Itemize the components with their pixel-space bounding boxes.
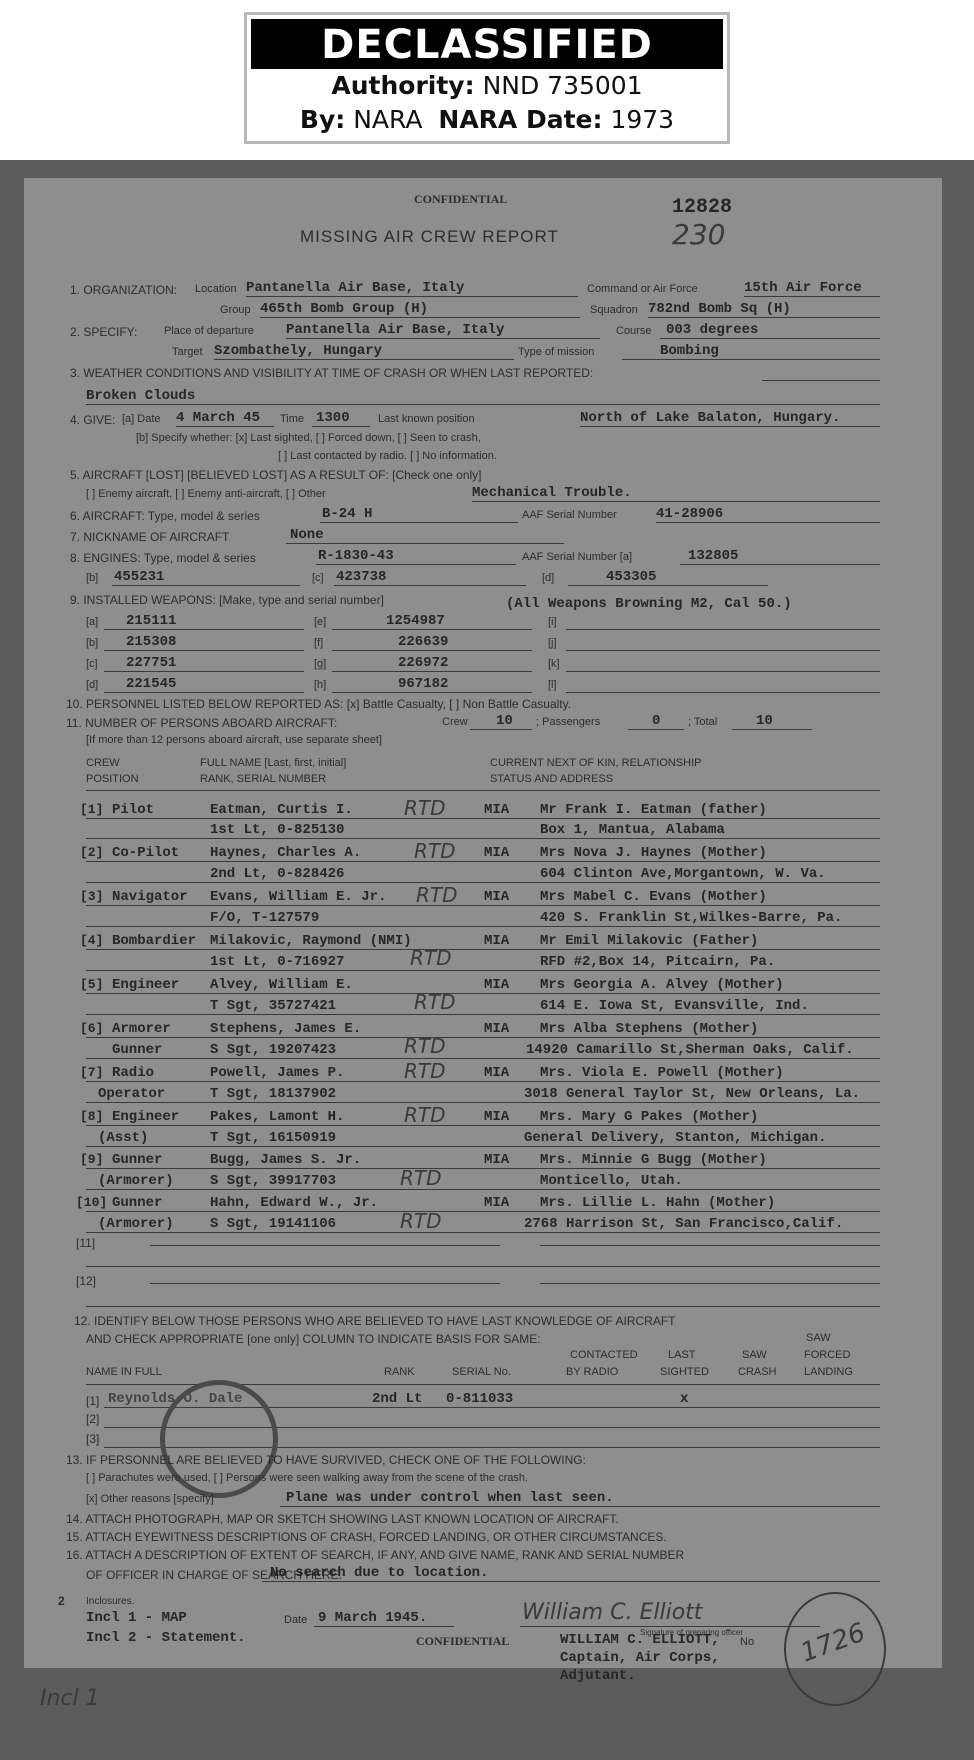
s13-other: Plane was under control when last seen. xyxy=(286,1490,614,1506)
crew-name: Alvey, William E. xyxy=(210,977,353,993)
stamp-title: DECLASSIFIED xyxy=(251,19,723,69)
crew-kin: Mr Emil Milakovic (Father) xyxy=(540,933,758,949)
crew-address: Monticello, Utah. xyxy=(540,1173,683,1189)
crew-num: [5] xyxy=(80,977,103,992)
crew-status: MIA xyxy=(484,933,509,949)
crew-num: [9] xyxy=(80,1152,103,1167)
crew-rtd-note: RTD xyxy=(414,839,456,863)
s8-engine-d: 453305 xyxy=(606,569,656,585)
crew-position-2: (Armorer) xyxy=(98,1216,174,1232)
s5-label: 5. AIRCRAFT [LOST] [BELIEVED LOST] AS A … xyxy=(70,468,482,482)
s4-time-label: Time xyxy=(280,413,304,425)
s2-mission: Bombing xyxy=(660,343,719,359)
crew-position: Engineer xyxy=(112,977,179,993)
weapon-key: [h] xyxy=(314,679,326,691)
crew-rank: T Sgt, 16150919 xyxy=(210,1130,336,1146)
weapon-serial: 1254987 xyxy=(386,613,445,629)
weapon-key: [d] xyxy=(86,679,98,691)
classification-top: CONFIDENTIAL xyxy=(414,192,507,207)
s11-total: 10 xyxy=(756,713,773,729)
s2-course-label: Course xyxy=(616,325,651,337)
s1-label: 1. ORGANIZATION: xyxy=(70,283,177,297)
crew-num: [2] xyxy=(80,845,103,860)
crew-rtd-note: RTD xyxy=(400,1209,442,1233)
handwritten-number: 230 xyxy=(672,218,725,251)
crew-position-2: Operator xyxy=(98,1086,165,1102)
crew-num: [7] xyxy=(80,1065,103,1080)
crew-name: Evans, William E. Jr. xyxy=(210,889,386,905)
s8-c-label: [c] xyxy=(312,572,324,584)
signed-date-label: Date xyxy=(284,1614,307,1626)
crew-name: Stephens, James E. xyxy=(210,1021,361,1037)
s2-target-label: Target xyxy=(172,346,203,358)
crew-position: Co-Pilot xyxy=(112,845,179,861)
s6-label: 6. AIRCRAFT: Type, model & series xyxy=(70,509,260,523)
s5-options: [ ] Enemy aircraft, [ ] Enemy anti-aircr… xyxy=(86,488,326,500)
crew-header-status: STATUS AND ADDRESS xyxy=(490,773,613,785)
crew-rank: 1st Lt, 0-825130 xyxy=(210,822,344,838)
crew-rank: F/O, T-127579 xyxy=(210,910,319,926)
kt-header-serial: SERIAL No. xyxy=(452,1366,511,1378)
crew-kin: Mrs Georgia A. Alvey (Mother) xyxy=(540,977,784,993)
crew-num: [12] xyxy=(76,1274,96,1288)
crew-position: Bombardier xyxy=(112,933,196,949)
crew-status: MIA xyxy=(484,889,509,905)
s11-passengers-label: ; Passengers xyxy=(536,716,600,728)
enclosure-2: Incl 2 - Statement. xyxy=(86,1630,246,1646)
s2-mission-label: Type of mission xyxy=(518,346,594,358)
crew-rtd-note: RTD xyxy=(404,1059,446,1083)
weapon-key: [j] xyxy=(548,637,557,649)
crew-position-2: (Asst) xyxy=(98,1130,148,1146)
enclosure-1: Incl 1 - MAP xyxy=(86,1610,187,1626)
kt-header-contacted: CONTACTED xyxy=(570,1349,638,1361)
margin-note: Incl 1 xyxy=(40,1686,100,1711)
kt-num: [3] xyxy=(86,1432,99,1446)
stamp-authority: Authority: NND 735001 xyxy=(247,69,727,103)
crew-position: Pilot xyxy=(112,802,154,818)
crew-name: Powell, James P. xyxy=(210,1065,344,1081)
crew-header-position: CREW xyxy=(86,757,120,769)
kt-header-crash: CRASH xyxy=(738,1366,777,1378)
crew-address: 614 E. Iowa St, Evansville, Ind. xyxy=(540,998,809,1014)
s8-type: R-1830-43 xyxy=(318,548,394,564)
crew-position: Gunner xyxy=(112,1195,162,1211)
crew-header-name: FULL NAME [Last, first, initial] xyxy=(200,757,346,769)
weapon-key: [b] xyxy=(86,637,98,649)
crew-status: MIA xyxy=(484,1152,509,1168)
weapon-key: [i] xyxy=(548,616,557,628)
s2-course: 003 degrees xyxy=(666,322,758,338)
kt-header-name: NAME IN FULL xyxy=(86,1366,162,1378)
crew-status: MIA xyxy=(484,1109,509,1125)
kt-header-saw: SAW xyxy=(806,1332,831,1344)
crew-header-position2: POSITION xyxy=(86,773,139,785)
kt-header-last: LAST xyxy=(668,1349,696,1361)
crew-position-2: Gunner xyxy=(112,1042,162,1058)
crew-num: [6] xyxy=(80,1021,103,1036)
crew-header-kin: CURRENT NEXT OF KIN, RELATIONSHIP xyxy=(490,757,701,769)
weapon-serial: 215308 xyxy=(126,634,176,650)
kt-header-radio: BY RADIO xyxy=(566,1366,618,1378)
s4-position-label: Last known position xyxy=(378,413,475,425)
s2-target: Szombathely, Hungary xyxy=(214,343,382,359)
crew-position: Armorer xyxy=(112,1021,171,1037)
s8-engine-c: 423738 xyxy=(336,569,386,585)
s5-other: Mechanical Trouble. xyxy=(472,485,632,501)
no-label: No xyxy=(740,1636,754,1648)
weapon-key: [l] xyxy=(548,679,557,691)
crew-rank: 1st Lt, 0-716927 xyxy=(210,954,344,970)
s16-search: No search due to location. xyxy=(270,1565,488,1581)
s4-position: North of Lake Balaton, Hungary. xyxy=(580,410,840,426)
weapon-key: [e] xyxy=(314,616,326,628)
s8-engine-b: 455231 xyxy=(114,569,164,585)
crew-num: [4] xyxy=(80,933,103,948)
crew-num: [1] xyxy=(80,802,103,817)
s4-label: 4. GIVE: xyxy=(70,413,115,427)
kt-serial: 0-811033 xyxy=(446,1391,513,1407)
officer-name: WILLIAM C. ELLIOTT, xyxy=(560,1632,720,1648)
crew-kin: Mrs. Minnie G Bugg (Mother) xyxy=(540,1152,767,1168)
s8-engine-a: 132805 xyxy=(688,548,738,564)
crew-name: Hahn, Edward W., Jr. xyxy=(210,1195,378,1211)
crew-kin: Mrs. Viola E. Powell (Mother) xyxy=(540,1065,784,1081)
s15-label: 15. ATTACH EYEWITNESS DESCRIPTIONS OF CR… xyxy=(66,1530,667,1544)
crew-name: Pakes, Lamont H. xyxy=(210,1109,344,1125)
s8-serial-label: AAF Serial Number [a] xyxy=(522,551,632,563)
crew-address: 14920 Camarillo St,Sherman Oaks, Calif. xyxy=(526,1042,854,1058)
s1-command-label: Command or Air Force xyxy=(587,283,698,295)
crew-kin: Mrs Alba Stephens (Mother) xyxy=(540,1021,758,1037)
crew-address: RFD #2,Box 14, Pitcairn, Pa. xyxy=(540,954,775,970)
s7-nickname: None xyxy=(290,527,324,543)
kt-num: [1] xyxy=(86,1394,99,1408)
crew-status: MIA xyxy=(484,1021,509,1037)
s11-note: [If more than 12 persons aboard aircraft… xyxy=(86,734,382,746)
weapon-serial: 967182 xyxy=(398,676,448,692)
crew-address: 420 S. Franklin St,Wilkes-Barre, Pa. xyxy=(540,910,842,926)
s11-passengers: 0 xyxy=(652,713,660,729)
kt-header-forced: FORCED xyxy=(804,1349,850,1361)
weapon-serial: 221545 xyxy=(126,676,176,692)
s2-departure: Pantanella Air Base, Italy xyxy=(286,322,504,338)
kt-header-rank: RANK xyxy=(384,1366,415,1378)
report-number: 12828 xyxy=(672,196,732,219)
s6-serial: 41-28906 xyxy=(656,506,723,522)
s2-label: 2. SPECIFY: xyxy=(70,325,137,339)
weapon-key: [g] xyxy=(314,658,326,670)
kt-rank: 2nd Lt xyxy=(372,1391,422,1407)
s6-serial-label: AAF Serial Number xyxy=(522,509,617,521)
s4-specify-line2: [ ] Last contacted by radio. [ ] No info… xyxy=(278,450,497,462)
s4-specify-line1: [b] Specify whether: [x] Last sighted, [… xyxy=(136,432,481,444)
crew-status: MIA xyxy=(484,1195,509,1211)
crew-rtd-note: RTD xyxy=(400,1166,442,1190)
crew-status: MIA xyxy=(484,845,509,861)
s13-options: [ ] Parachutes were used, [ ] Persons we… xyxy=(86,1472,528,1484)
s8-d-label: [d] xyxy=(542,572,554,584)
crew-position: Engineer xyxy=(112,1109,179,1125)
s12-line1: 12. IDENTIFY BELOW THOSE PERSONS WHO ARE… xyxy=(74,1314,675,1328)
weapon-key: [a] xyxy=(86,616,98,628)
crew-rank: S Sgt, 19141106 xyxy=(210,1216,336,1232)
crew-num: [3] xyxy=(80,889,103,904)
s1-squadron-label: Squadron xyxy=(590,304,638,316)
enclosures-label: Inclosures. xyxy=(86,1596,134,1607)
s1-group: 465th Bomb Group (H) xyxy=(260,301,428,317)
crew-header-rank: RANK, SERIAL NUMBER xyxy=(200,773,326,785)
crew-rtd-note: RTD xyxy=(416,883,458,907)
s4-date-label: [a] Date xyxy=(122,413,161,425)
stamp-by: By: NARA NARA Date: 1973 xyxy=(247,103,727,137)
weapon-serial: 227751 xyxy=(126,655,176,671)
crew-address: 3018 General Taylor St, New Orleans, La. xyxy=(524,1086,860,1102)
s3-label: 3. WEATHER CONDITIONS AND VISIBILITY AT … xyxy=(70,366,593,380)
s8-b-label: [b] xyxy=(86,572,98,584)
enclosures-count: 2 xyxy=(58,1594,65,1608)
s12-line2: AND CHECK APPROPRIATE [one only] COLUMN … xyxy=(86,1332,541,1346)
s1-group-label: Group xyxy=(220,304,251,316)
crew-rank: S Sgt, 19207423 xyxy=(210,1042,336,1058)
s11-crew: 10 xyxy=(496,713,513,729)
s4-date: 4 March 45 xyxy=(176,410,260,426)
kt-header-landing: LANDING xyxy=(804,1366,853,1378)
weapon-serial: 226972 xyxy=(398,655,448,671)
s6-type: B-24 H xyxy=(322,506,372,522)
signed-date: 9 March 1945. xyxy=(318,1610,427,1626)
crew-kin: Mr Frank I. Eatman (father) xyxy=(540,802,767,818)
s11-total-label: ; Total xyxy=(688,716,717,728)
kt-header-saw-crash: SAW xyxy=(742,1349,767,1361)
s1-command: 15th Air Force xyxy=(744,280,862,296)
s9-label: 9. INSTALLED WEAPONS: [Make, type and se… xyxy=(70,593,384,607)
signature: William C. Elliott xyxy=(522,1600,702,1625)
crew-rank: T Sgt, 35727421 xyxy=(210,998,336,1014)
crew-name: Milakovic, Raymond (NMI) xyxy=(210,933,412,949)
kt-num: [2] xyxy=(86,1412,99,1426)
s10-label: 10. PERSONNEL LISTED BELOW REPORTED AS: … xyxy=(66,697,571,711)
crew-position: Radio xyxy=(112,1065,154,1081)
crew-num: [11] xyxy=(76,1236,95,1250)
crew-position: Gunner xyxy=(112,1152,162,1168)
s7-label: 7. NICKNAME OF AIRCRAFT xyxy=(70,530,229,544)
s9-note: (All Weapons Browning M2, Cal 50.) xyxy=(506,596,792,612)
s11-label: 11. NUMBER OF PERSONS ABOARD AIRCRAFT: xyxy=(66,716,337,730)
s1-squadron: 782nd Bomb Sq (H) xyxy=(648,301,791,317)
crew-position-2: (Armorer) xyxy=(98,1173,174,1189)
s16-line1: 16. ATTACH A DESCRIPTION OF EXTENT OF SE… xyxy=(66,1548,684,1562)
crew-status: MIA xyxy=(484,977,509,993)
page-title: MISSING AIR CREW REPORT xyxy=(300,227,559,247)
weapon-key: [c] xyxy=(86,658,98,670)
s8-label: 8. ENGINES: Type, model & series xyxy=(70,551,256,565)
crew-address: Box 1, Mantua, Alabama xyxy=(540,822,725,838)
crew-kin: Mrs. Mary G Pakes (Mother) xyxy=(540,1109,758,1125)
crew-rtd-note: RTD xyxy=(404,1103,446,1127)
s14-label: 14. ATTACH PHOTOGRAPH, MAP OR SKETCH SHO… xyxy=(66,1512,619,1526)
weapon-serial: 226639 xyxy=(398,634,448,650)
crew-name: Haynes, Charles A. xyxy=(210,845,361,861)
crew-rtd-note: RTD xyxy=(404,796,446,820)
kt-sighted-mark: x xyxy=(680,1391,688,1407)
weapon-serial: 215111 xyxy=(126,613,176,629)
s3-weather: Broken Clouds xyxy=(86,388,195,404)
crew-rank: T Sgt, 18137902 xyxy=(210,1086,336,1102)
crew-address: General Delivery, Stanton, Michigan. xyxy=(524,1130,826,1146)
crew-num: [10] xyxy=(76,1195,107,1210)
officer-rank: Captain, Air Corps, xyxy=(560,1650,720,1666)
weapon-key: [f] xyxy=(314,637,323,649)
crew-position: Navigator xyxy=(112,889,188,905)
s1-location: Pantanella Air Base, Italy xyxy=(246,280,464,296)
s13-label: 13. IF PERSONNEL ARE BELIEVED TO HAVE SU… xyxy=(66,1453,586,1467)
crew-status: MIA xyxy=(484,802,509,818)
s11-crew-label: Crew xyxy=(442,716,468,728)
s1-location-label: Location xyxy=(195,283,237,295)
weapon-key: [k] xyxy=(548,658,560,670)
crew-kin: Mrs Nova J. Haynes (Mother) xyxy=(540,845,767,861)
declassified-stamp: DECLASSIFIED Authority: NND 735001 By: N… xyxy=(244,12,730,144)
crew-status: MIA xyxy=(484,1065,509,1081)
s4-time: 1300 xyxy=(316,410,350,426)
crew-kin: Mrs Mabel C. Evans (Mother) xyxy=(540,889,767,905)
crew-name: Bugg, James S. Jr. xyxy=(210,1152,361,1168)
classification-bottom: CONFIDENTIAL xyxy=(416,1634,509,1649)
crew-name: Eatman, Curtis I. xyxy=(210,802,353,818)
crew-address: 2768 Harrison St, San Francisco,Calif. xyxy=(524,1216,843,1232)
officer-title: Adjutant. xyxy=(560,1668,636,1684)
s13-other-label: [x] Other reasons [specify] xyxy=(86,1493,214,1505)
crew-num: [8] xyxy=(80,1109,103,1124)
kt-header-sighted: SIGHTED xyxy=(660,1366,709,1378)
crew-rank: S Sgt, 39917703 xyxy=(210,1173,336,1189)
crew-kin: Mrs. Lillie L. Hahn (Mother) xyxy=(540,1195,775,1211)
s2-departure-label: Place of departure xyxy=(164,325,254,337)
crew-address: 604 Clinton Ave,Morgantown, W. Va. xyxy=(540,866,826,882)
crew-rank: 2nd Lt, 0-828426 xyxy=(210,866,344,882)
